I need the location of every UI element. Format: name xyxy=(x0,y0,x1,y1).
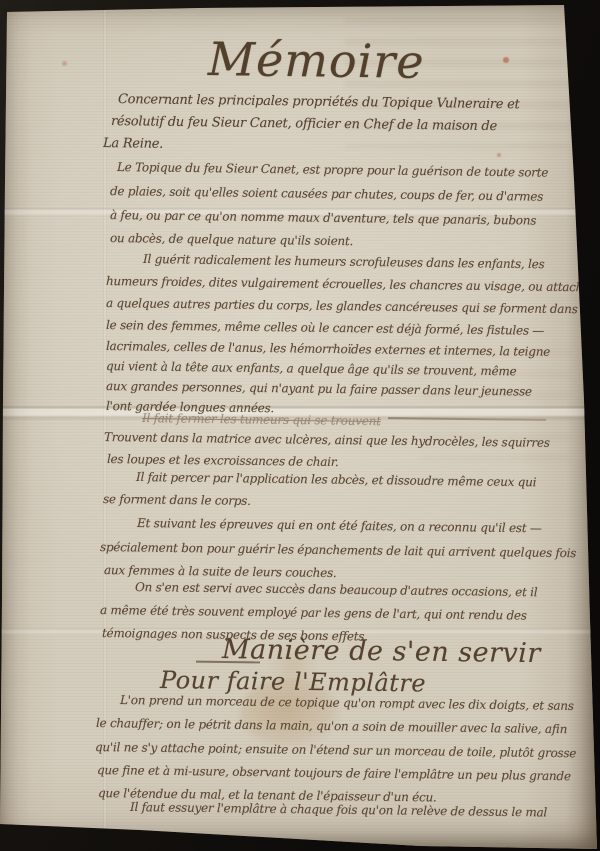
paper-edge-shadow xyxy=(0,0,600,851)
photo-background: Mémoire Concernant les principales propr… xyxy=(0,0,600,851)
manuscript-page: Mémoire Concernant les principales propr… xyxy=(0,0,600,851)
